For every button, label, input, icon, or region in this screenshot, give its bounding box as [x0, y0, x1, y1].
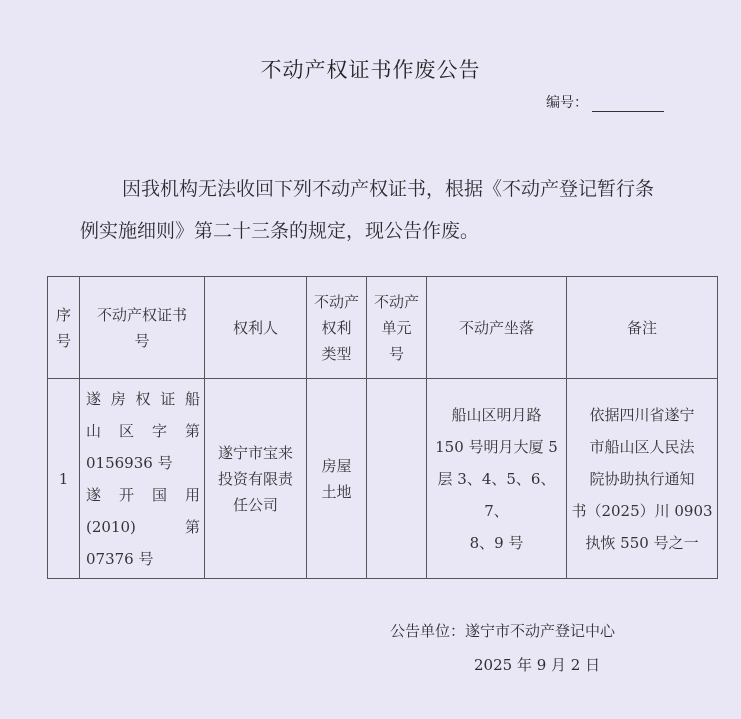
header-cert-line: 号 — [80, 328, 204, 354]
cell-location: 船山区明月路 150 号明月大厦 5 层 3、4、5、6、7、 8、9 号 — [427, 379, 567, 579]
issuing-unit: 公告单位：遂宁市不动产登记中心 — [390, 620, 615, 641]
header-seq-line: 序 — [48, 302, 79, 328]
cert-line: 山 区 字 第 — [86, 415, 200, 447]
cell-seq: 1 — [48, 379, 80, 579]
notice-paragraph-line-2: 例实施细则》第二十三条的规定，现公告作废。 — [80, 216, 680, 243]
header-type-line: 类型 — [307, 341, 366, 367]
certificate-table: 序 号 不动产权证书 号 权利人 不动产 权利 类型 不动产 单元 号 不动产坐… — [47, 276, 718, 579]
header-cert-number: 不动产权证书 号 — [80, 277, 205, 379]
header-note: 备注 — [567, 277, 718, 379]
table-row: 1 遂房权证船 山 区 字 第 0156936 号 遂 开 国 用 (2010)… — [48, 379, 718, 579]
header-location: 不动产坐落 — [427, 277, 567, 379]
type-line: 土地 — [307, 479, 366, 505]
location-line: 船山区明月路 — [427, 399, 566, 431]
note-line: 书（2025）川 0903 — [567, 495, 717, 527]
location-line: 8、9 号 — [427, 527, 566, 559]
serial-label: 编号： — [546, 92, 588, 112]
type-line: 房屋 — [307, 453, 366, 479]
header-unit-line: 单元 — [367, 315, 426, 341]
owner-line: 遂宁市宝来 — [205, 440, 306, 466]
header-unit-number: 不动产 单元 号 — [367, 277, 427, 379]
cell-owner: 遂宁市宝来 投资有限责 任公司 — [205, 379, 307, 579]
cert-line: 遂 开 国 用 — [86, 479, 200, 511]
location-line: 150 号明月大厦 5 — [427, 431, 566, 463]
cell-note: 依据四川省遂宁 市船山区人民法 院协助执行通知 书（2025）川 0903 执恢… — [567, 379, 718, 579]
cert-line: 遂房权证船 — [86, 383, 200, 415]
issue-date: 2025 年 9 月 2 日 — [474, 654, 600, 675]
header-right-type: 不动产 权利 类型 — [307, 277, 367, 379]
header-unit-line: 号 — [367, 341, 426, 367]
header-cert-line: 不动产权证书 — [80, 302, 204, 328]
header-unit-line: 不动产 — [367, 289, 426, 315]
cell-unit-number — [367, 379, 427, 579]
cell-right-type: 房屋 土地 — [307, 379, 367, 579]
document-title: 不动产权证书作废公告 — [0, 54, 741, 84]
location-line: 层 3、4、5、6、7、 — [427, 463, 566, 527]
header-seq-line: 号 — [48, 328, 79, 354]
cert-line: 0156936 号 — [86, 447, 200, 479]
serial-number: 编号： — [546, 92, 664, 112]
note-line: 市船山区人民法 — [567, 431, 717, 463]
cell-cert-number: 遂房权证船 山 区 字 第 0156936 号 遂 开 国 用 (2010) 第… — [80, 379, 205, 579]
note-line: 院协助执行通知 — [567, 463, 717, 495]
note-line: 依据四川省遂宁 — [567, 399, 717, 431]
header-type-line: 权利 — [307, 315, 366, 341]
cert-line: 07376 号 — [86, 543, 200, 575]
cert-line: (2010) 第 — [86, 511, 200, 543]
serial-blank-line — [592, 97, 664, 112]
owner-line: 投资有限责 — [205, 466, 306, 492]
table-header-row: 序 号 不动产权证书 号 权利人 不动产 权利 类型 不动产 单元 号 不动产坐… — [48, 277, 718, 379]
header-type-line: 不动产 — [307, 289, 366, 315]
note-line: 执恢 550 号之一 — [567, 527, 717, 559]
header-seq: 序 号 — [48, 277, 80, 379]
notice-paragraph-line-1: 因我机构无法收回下列不动产权证书，根据《不动产登记暂行条 — [122, 174, 722, 201]
header-owner: 权利人 — [205, 277, 307, 379]
owner-line: 任公司 — [205, 492, 306, 518]
